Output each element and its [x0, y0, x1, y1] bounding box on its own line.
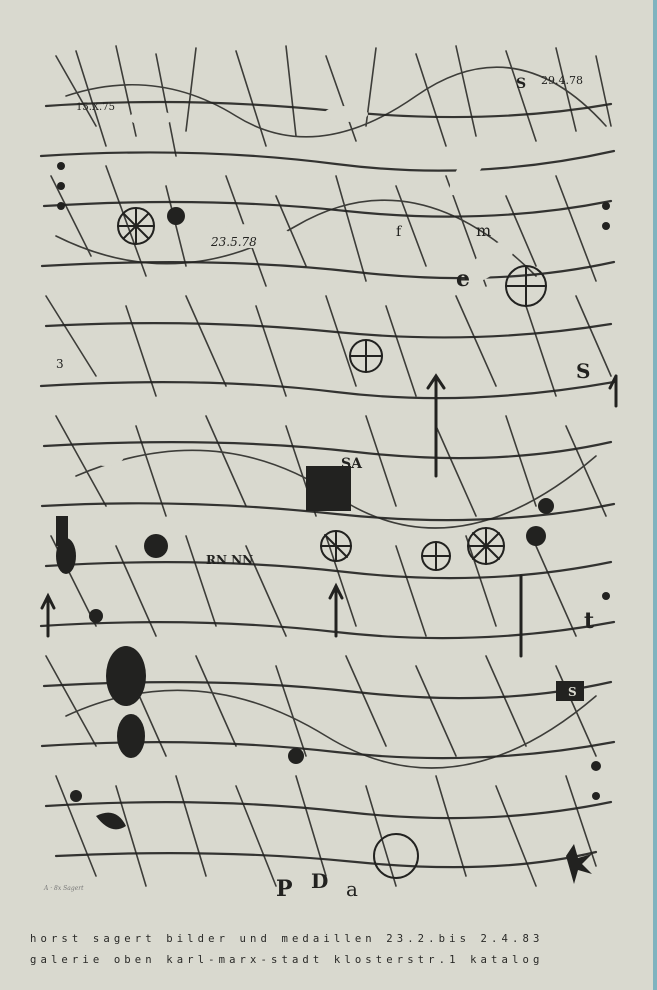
- svg-text:f: f: [396, 224, 403, 240]
- svg-text:P: P: [276, 876, 293, 902]
- svg-text:t: t: [584, 608, 595, 634]
- caption-line-1: horst sagert bilder und medaillen 23.2.b…: [30, 933, 630, 945]
- caption-line-2: galerie oben karl-marx-stadt klosterstr.…: [30, 954, 630, 966]
- svg-text:S: S: [568, 685, 577, 699]
- svg-text:15.X.75: 15.X.75: [76, 102, 115, 113]
- svg-text:23.5.78: 23.5.78: [210, 235, 257, 249]
- svg-text:a: a: [346, 877, 358, 901]
- svg-text:e: e: [456, 266, 470, 292]
- artist-signature: A · 8x Sagert: [44, 885, 84, 892]
- svg-text:S: S: [516, 76, 526, 92]
- svg-text:SA: SA: [341, 456, 363, 472]
- abstract-artwork: 15.X.75 29.4.78 S 23.5.78 SA RN NN P D a…: [36, 36, 618, 904]
- svg-text:3: 3: [56, 357, 64, 371]
- svg-text:D: D: [311, 869, 328, 893]
- svg-text:S: S: [576, 359, 590, 383]
- background-edge: [653, 0, 657, 990]
- svg-text:m: m: [476, 221, 491, 240]
- svg-text:RN NN: RN NN: [206, 553, 253, 567]
- svg-text:29.4.78: 29.4.78: [541, 74, 583, 87]
